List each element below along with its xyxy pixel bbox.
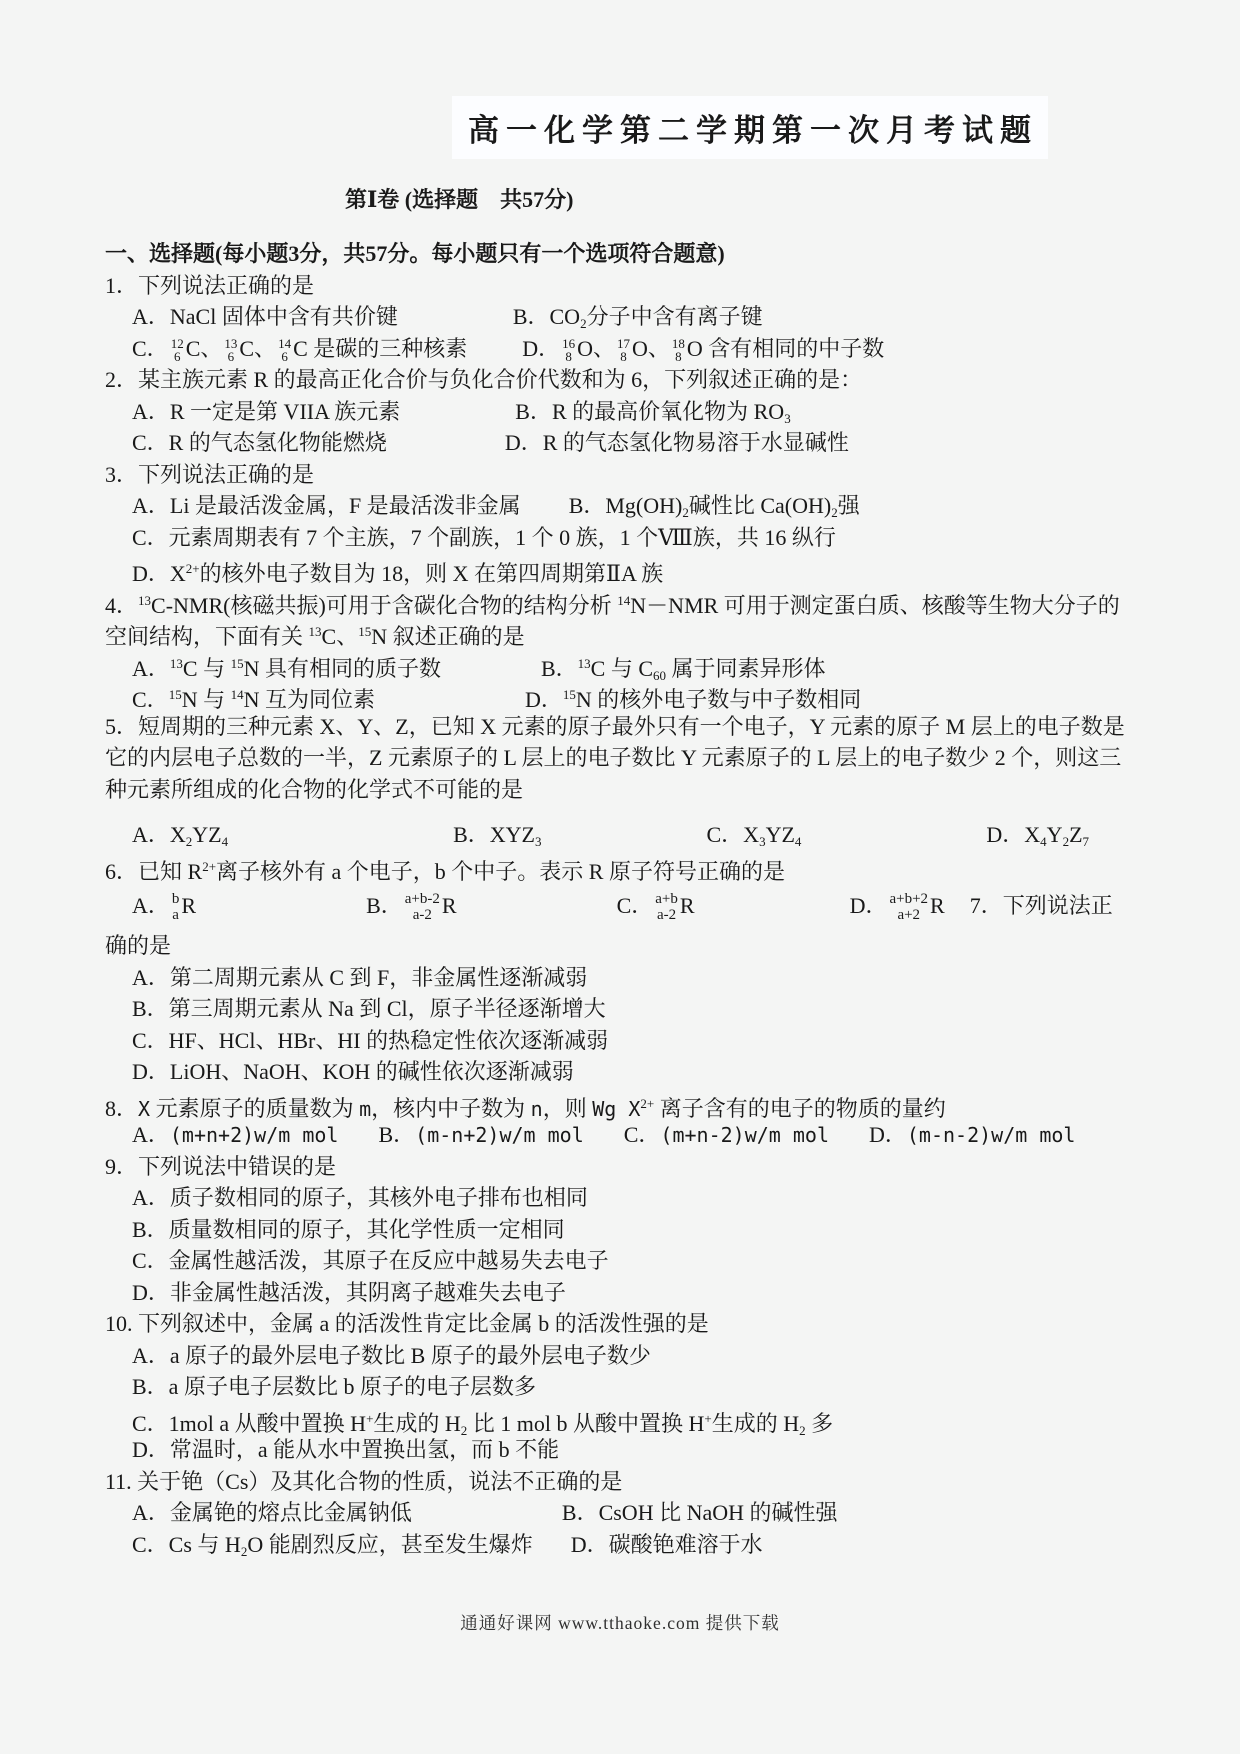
text-run: B．CsOH 比 NaOH 的碱性强 (562, 1500, 838, 1525)
q7-option-b: B．第三周期元素从 Na 到 Cl，原子半径逐渐增大 (105, 993, 1210, 1025)
text-run: D．LiOH、NaOH、KOH 的碱性依次逐渐减弱 (132, 1059, 574, 1084)
text-run: D．R 的气态氢化物易溶于水显碱性 (505, 430, 849, 455)
text-run: C．X (707, 822, 760, 847)
text-run: C．金属性越活泼，其原子在反应中越易失去电子 (132, 1248, 609, 1273)
stacked-notation: ba (172, 892, 180, 923)
text-run: 碱性比 Ca(OH) (689, 493, 831, 518)
stacked-notation: 136 (224, 337, 237, 364)
text-run: A．金属铯的熔点比金属钠低 (132, 1500, 412, 1525)
q5-stem-line2: 它的内层电子总数的一半，Z 元素原子的 L 层上的电子数比 Y 元素原子的 L … (105, 742, 1210, 774)
text-run: N 叙述正确的是 (371, 624, 524, 649)
q3-options-ab: A．Li 是最活泼金属，F 是最活泼非金属B．Mg(OH)2碱性比 Ca(OH)… (105, 490, 1210, 522)
text-run: C． (132, 687, 169, 712)
q7-option-c: C．HF、HCl、HBr、HI 的热稳定性依次逐渐减弱 (105, 1025, 1210, 1057)
text-run: A． (132, 893, 170, 918)
mono-run: (m+n+2)w/m mol (170, 1123, 339, 1147)
stack-top: a+b+2 (889, 892, 928, 908)
text-run: 一、选择题(每小题3分，共57分。每小题只有一个选项符合题意) (105, 241, 725, 266)
text-run: 9．下列说法中错误的是 (105, 1154, 336, 1179)
spacer (387, 449, 505, 450)
text-run: 4． (105, 593, 138, 618)
text-run: 强 (838, 493, 860, 518)
spacer (695, 912, 850, 913)
stack-top: 12 (171, 337, 184, 351)
stacked-notation: 168 (562, 337, 575, 364)
stack-bottom: 6 (224, 350, 237, 364)
text-run: 2．某主族元素 R 的最高正化合价与负化合价代数和为 6，下列叙述正确的是： (105, 367, 862, 392)
stacked-notation: a+b-2a-2 (405, 892, 440, 923)
text-run: 多 (806, 1411, 834, 1436)
q4-stem-line1: 4．13C-NMR(核磁共振)可用于含碳化合物的结构分析 14N－NMR 可用于… (105, 585, 1210, 617)
q10-option-b: B．a 原子电子层数比 b 原子的电子层数多 (105, 1371, 1210, 1403)
text-run: 11. 关于铯（Cs）及其化合物的性质，说法不正确的是 (105, 1469, 622, 1494)
text-run: B． (541, 656, 578, 681)
q9-option-a: A．质子数相同的原子，其核外电子排布也相同 (105, 1182, 1210, 1214)
text-run: D． (522, 336, 560, 361)
q4-stem-line2: 空间结构，下面有关 13C、15N 叙述正确的是 (105, 616, 1210, 648)
q7-option-a: A．第二周期元素从 C 到 F，非金属性逐渐减弱 (105, 962, 1210, 994)
text-run: A．Li 是最活泼金属，F 是最活泼非金属 (132, 493, 521, 518)
superscript: 13 (578, 656, 591, 671)
text-run: A．R 一定是第 VIIA 族元素 (132, 399, 400, 424)
text-run: 3．下列说法正确的是 (105, 462, 314, 487)
text-run: C． (132, 336, 169, 361)
q6-options: A．baRB．a+b-2a-2RC．a+ba-2RD．a+b+2a+2R7．下列… (105, 882, 1210, 930)
spacer (801, 841, 986, 842)
text-run: ，核内中子数为 (371, 1096, 531, 1121)
text-run: A．质子数相同的原子，其核外电子排布也相同 (132, 1185, 588, 1210)
stack-bottom: 6 (278, 350, 291, 364)
text-run: 比 1 mol b 从酸中置换 H (467, 1411, 704, 1436)
text-run: N 与 (182, 687, 231, 712)
text-run: R (181, 893, 196, 918)
q3-stem: 3．下列说法正确的是 (105, 459, 1210, 491)
stacked-notation: 126 (171, 337, 184, 364)
mono-run: (m-n-2)w/m mol (907, 1123, 1076, 1147)
stack-bottom: 6 (171, 350, 184, 364)
text-run: D．非金属性越活泼，其阴离子越难失去电子 (132, 1280, 566, 1305)
stacked-notation: 146 (278, 337, 291, 364)
q9-option-c: C．金属性越活泼，其原子在反应中越易失去电子 (105, 1245, 1210, 1277)
text-run: B．Mg(OH) (569, 493, 683, 518)
stack-top: 13 (224, 337, 237, 351)
text-run: 8． (105, 1096, 138, 1121)
q3-option-d: D．X2+的核外电子数目为 18，则 X 在第四周期第ⅡA 族 (105, 553, 1210, 585)
section-1-heading: 一、选择题(每小题3分，共57分。每小题只有一个选项符合题意) (105, 238, 1210, 270)
spacer (441, 675, 541, 676)
document-body: 一、选择题(每小题3分，共57分。每小题只有一个选项符合题意)1．下列说法正确的… (0, 214, 1240, 1560)
q7-stem-wrap: 确的是 (105, 930, 1210, 962)
text-run: C 与 C (591, 656, 653, 681)
superscript: 2+ (640, 1096, 654, 1111)
superscript: 2+ (186, 561, 200, 576)
exam-volume-heading: 第Ⅰ卷 (选择题 共57分) (0, 159, 1240, 214)
mono-run: (m-n+2)w/m mol (415, 1123, 584, 1147)
mono-run: X (138, 1097, 150, 1121)
text-run: O 能剧烈反应，甚至发生爆炸 (247, 1532, 532, 1557)
text-run: C、 (239, 336, 276, 361)
text-run: C、 (322, 624, 359, 649)
text-run: 5．短周期的三种元素 X、Y、Z，已知 X 元素的原子最外只有一个电子，Y 元素… (105, 714, 1125, 739)
text-run: C 是碳的三种核素 (293, 336, 467, 361)
text-run: 生成的 H (712, 1411, 799, 1436)
text-run: 6．已知 R (105, 859, 202, 884)
stack-bottom: 8 (672, 350, 685, 364)
spacer (338, 1141, 378, 1142)
text-run: 分子中含有离子键 (587, 304, 763, 329)
text-run: A． (132, 656, 170, 681)
q2-options-ab: A．R 一定是第 VIIA 族元素B．R 的最高价氧化物为 RO3 (105, 396, 1210, 428)
spacer (829, 1141, 869, 1142)
superscript: 2+ (202, 859, 216, 874)
text-run: Y (1047, 822, 1063, 847)
text-run: B．CO (513, 304, 580, 329)
stack-top: 14 (278, 337, 291, 351)
text-run: 离子含有的电子的物质的量约 (654, 1096, 946, 1121)
text-run: C． (617, 893, 654, 918)
text-run: D．常温时，a 能从水中置换出氢，而 b 不能 (132, 1437, 559, 1462)
exam-page: 高一化学第二学期第一次月考试题 第Ⅰ卷 (选择题 共57分) 一、选择题(每小题… (0, 0, 1240, 1754)
superscript: 13 (309, 624, 322, 639)
mono-run: n (531, 1097, 543, 1121)
stacked-notation: a+b+2a+2 (889, 892, 928, 923)
text-run: R (930, 893, 945, 918)
spacer (533, 1551, 571, 1552)
text-run: B．a 原子电子层数比 b 原子的电子层数多 (132, 1374, 536, 1399)
text-run: N 具有相同的质子数 (244, 656, 441, 681)
text-run: D． (525, 687, 563, 712)
text-run: YZ (192, 822, 221, 847)
text-run: Z (1069, 822, 1082, 847)
text-run: C．R 的气态氢化物能燃烧 (132, 430, 387, 455)
stacked-notation: a+ba-2 (655, 892, 678, 923)
stack-bottom: a+2 (889, 908, 928, 924)
q9-option-b: B．质量数相同的原子，其化学性质一定相同 (105, 1214, 1210, 1246)
q11-options-cd: C．Cs 与 H2O 能剧烈反应，甚至发生爆炸D．碳酸铯难溶于水 (105, 1529, 1210, 1561)
q5-stem-line1: 5．短周期的三种元素 X、Y、Z，已知 X 元素的原子最外只有一个电子，Y 元素… (105, 711, 1210, 743)
text-run: B．R 的最高价氧化物为 RO (515, 399, 784, 424)
title-row: 高一化学第二学期第一次月考试题 (0, 0, 1240, 159)
spacer (400, 418, 515, 419)
text-run: YZ (766, 822, 795, 847)
superscript: 15 (563, 687, 576, 702)
text-run: 属于同素异形体 (666, 656, 826, 681)
text-run: 生成的 H (373, 1411, 460, 1436)
spacer (542, 841, 707, 842)
spacer (196, 912, 366, 913)
spacer (584, 1141, 624, 1142)
text-run: 1．下列说法正确的是 (105, 273, 314, 298)
mono-run: Wg X (592, 1097, 640, 1121)
q4-options-ab: A．13C 与 15N 具有相同的质子数B．13C 与 C60 属于同素异形体 (105, 648, 1210, 680)
superscript: 14 (231, 687, 244, 702)
q7-option-d: D．LiOH、NaOH、KOH 的碱性依次逐渐减弱 (105, 1056, 1210, 1088)
superscript: 15 (169, 687, 182, 702)
text-run: O、 (632, 336, 670, 361)
superscript: + (704, 1411, 711, 1426)
text-run: C．元素周期表有 7 个主族，7 个副族，1 个 0 族，1 个Ⅷ族，共 16 … (132, 525, 836, 550)
stack-bottom: 8 (617, 350, 630, 364)
q9-option-d: D．非金属性越活泼，其阴离子越难失去电子 (105, 1277, 1210, 1309)
q11-stem: 11. 关于铯（Cs）及其化合物的性质，说法不正确的是 (105, 1466, 1210, 1498)
text-run: ，则 (543, 1096, 593, 1121)
mono-run: (m+n-2)w/m mol (660, 1123, 829, 1147)
text-run: N 互为同位素 (244, 687, 375, 712)
spacer (945, 912, 970, 913)
stack-top: 16 (562, 337, 575, 351)
text-run: A．第二周期元素从 C 到 F，非金属性逐渐减弱 (132, 965, 587, 990)
text-run: A． (132, 1122, 170, 1147)
text-run: 离子核外有 a 个电子，b 个中子。表示 R 原子符号正确的是 (216, 859, 785, 884)
spacer (457, 912, 617, 913)
text-run: N 的核外电子数与中子数相同 (576, 687, 861, 712)
text-run: C． (624, 1122, 661, 1147)
q2-stem: 2．某主族元素 R 的最高正化合价与负化合价代数和为 6，下列叙述正确的是： (105, 364, 1210, 396)
stacked-notation: 178 (617, 337, 630, 364)
q4-options-cd: C．15N 与 14N 互为同位素D．15N 的核外电子数与中子数相同 (105, 679, 1210, 711)
text-run: A．X (132, 822, 186, 847)
mono-run: m (359, 1097, 371, 1121)
text-run: O 含有相同的中子数 (687, 336, 884, 361)
text-run: B．XYZ (453, 822, 535, 847)
stack-top: a+b (655, 892, 678, 908)
subscript: 3 (784, 411, 791, 426)
spacer (375, 706, 525, 707)
stack-bottom: a-2 (405, 908, 440, 924)
text-run: 它的内层电子总数的一半，Z 元素原子的 L 层上的电子数比 Y 元素原子的 L … (105, 745, 1121, 770)
text-run: D．X (132, 561, 186, 586)
stack-top: 18 (672, 337, 685, 351)
text-run: D． (850, 893, 888, 918)
q8-options: A．(m+n+2)w/m molB．(m-n+2)w/m molC．(m+n-2… (105, 1119, 1210, 1151)
q9-stem: 9．下列说法中错误的是 (105, 1151, 1210, 1183)
text-run: O、 (577, 336, 615, 361)
q10-option-c: C．1mol a 从酸中置换 H+生成的 H2 比 1 mol b 从酸中置换 … (105, 1403, 1210, 1435)
text-run: R (442, 893, 457, 918)
text-run: N－NMR 可用于测定蛋白质、核酸等生物大分子的 (630, 593, 1120, 618)
q5-stem-line3: 种元素所组成的化合物的化学式不可能的是 (105, 774, 1210, 806)
spacer (398, 323, 513, 324)
text-run: 确的是 (105, 933, 171, 958)
q10-stem: 10. 下列叙述中，金属 a 的活泼性肯定比金属 b 的活泼性强的是 (105, 1308, 1210, 1340)
superscript: 15 (358, 624, 371, 639)
text-run: C-NMR(核磁共振)可用于含碳化合物的结构分析 (151, 593, 617, 618)
spacer (467, 355, 522, 356)
stacked-notation: 188 (672, 337, 685, 364)
text-run: D．碳酸铯难溶于水 (571, 1532, 763, 1557)
q1-stem: 1．下列说法正确的是 (105, 270, 1210, 302)
stack-bottom: 8 (562, 350, 575, 364)
text-run: 的核外电子数目为 18，则 X 在第四周期第ⅡA 族 (200, 561, 664, 586)
text-run: B． (378, 1122, 415, 1147)
footer-download-note: 通通好课网 www.tthaoke.com 提供下载 (0, 1610, 1240, 1635)
q2-options-cd: C．R 的气态氢化物能燃烧D．R 的气态氢化物易溶于水显碱性 (105, 427, 1210, 459)
text-run: C．HF、HCl、HBr、HI 的热稳定性依次逐渐减弱 (132, 1028, 608, 1053)
text-run: C．1mol a 从酸中置换 H (132, 1411, 366, 1436)
q1-options-cd: C．126C、136C、146C 是碳的三种核素D．168O、178O、188O… (105, 333, 1210, 365)
text-run: B．第三周期元素从 Na 到 Cl，原子半径逐渐增大 (132, 996, 606, 1021)
spacer (521, 512, 569, 513)
text-run: A．NaCl 固体中含有共价键 (132, 304, 398, 329)
q1-options-ab: A．NaCl 固体中含有共价键B．CO2分子中含有离子键 (105, 301, 1210, 333)
spacer (412, 1519, 562, 1520)
text-run: C．Cs 与 H (132, 1532, 241, 1557)
superscript: 13 (170, 656, 183, 671)
q10-option-d: D．常温时，a 能从水中置换出氢，而 b 不能 (105, 1434, 1210, 1466)
q8-stem: 8．X 元素原子的质量数为 m，核内中子数为 n，则 Wg X2+ 离子含有的电… (105, 1088, 1210, 1120)
text-run: D． (869, 1122, 907, 1147)
exam-title: 高一化学第二学期第一次月考试题 (452, 96, 1048, 159)
text-run: B． (366, 893, 403, 918)
superscript: 15 (231, 656, 244, 671)
q11-options-ab: A．金属铯的熔点比金属钠低B．CsOH 比 NaOH 的碱性强 (105, 1497, 1210, 1529)
text-run: B．质量数相同的原子，其化学性质一定相同 (132, 1217, 565, 1242)
stack-bottom: a (172, 908, 180, 924)
text-run: 元素原子的质量数为 (150, 1096, 359, 1121)
text-run: 种元素所组成的化合物的化学式不可能的是 (105, 777, 523, 802)
superscript: 14 (617, 593, 630, 608)
spacer (228, 841, 453, 842)
stack-bottom: a-2 (655, 908, 678, 924)
text-run: R (680, 893, 695, 918)
q10-option-a: A．a 原子的最外层电子数比 B 原子的最外层电子数少 (105, 1340, 1210, 1372)
text-run: C 与 (183, 656, 231, 681)
superscript: 13 (138, 593, 151, 608)
text-run: A．a 原子的最外层电子数比 B 原子的最外层电子数少 (132, 1343, 651, 1368)
q5-options: A．X2YZ4B．XYZ3C．X3YZ4D．X4Y2Z7 (105, 819, 1210, 851)
text-run: D．X (986, 822, 1040, 847)
q6-stem: 6．已知 R2+离子核外有 a 个电子，b 个中子。表示 R 原子符号正确的是 (105, 851, 1210, 883)
q3-option-c: C．元素周期表有 7 个主族，7 个副族，1 个 0 族，1 个Ⅷ族，共 16 … (105, 522, 1210, 554)
subscript: 7 (1083, 834, 1090, 849)
text-run: C、 (186, 336, 223, 361)
stack-top: a+b-2 (405, 892, 440, 908)
text-run: 10. 下列叙述中，金属 a 的活泼性肯定比金属 b 的活泼性强的是 (105, 1311, 709, 1336)
stack-top: b (172, 892, 180, 908)
text-run: 7．下列说法正 (970, 893, 1113, 918)
stack-top: 17 (617, 337, 630, 351)
text-run: 空间结构，下面有关 (105, 624, 309, 649)
